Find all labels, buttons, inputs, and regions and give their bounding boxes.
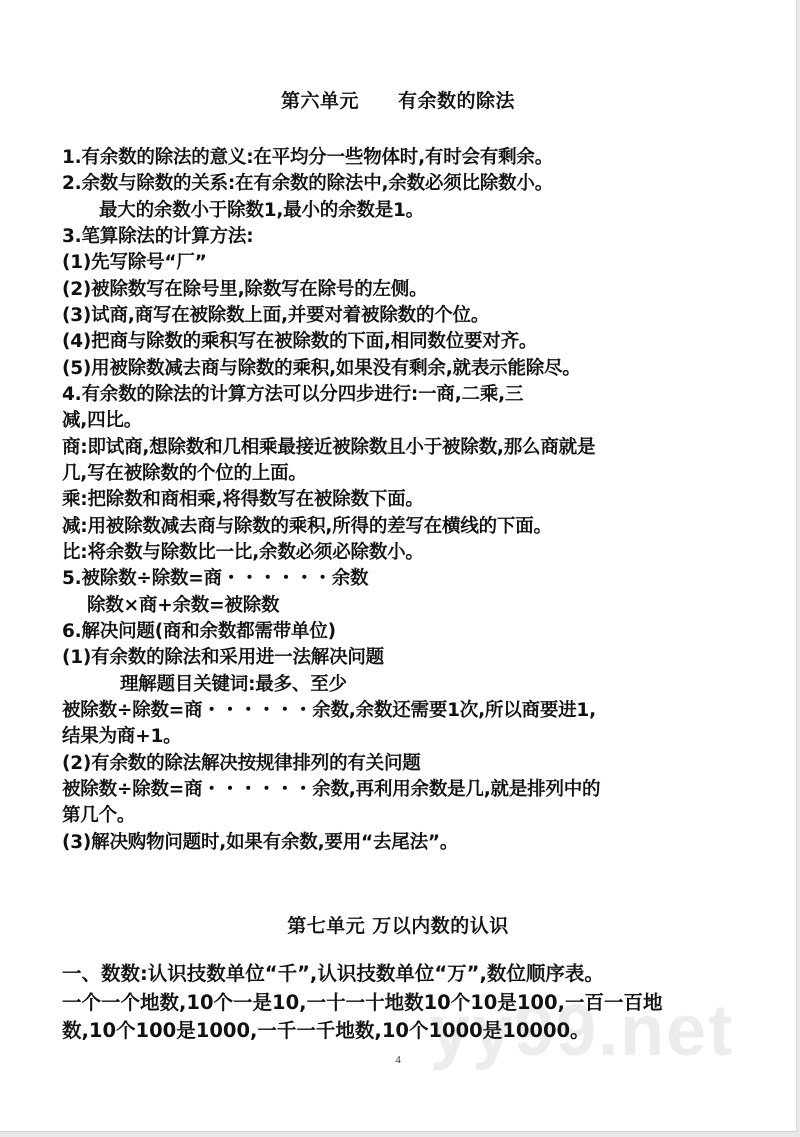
document-page: yy99.net 第六单元 有余数的除法 1.有余数的除法的意义:在平均分一些物…	[0, 0, 797, 1132]
text-line: 数,10个100是1000,一千一千地数,10个1000是10000。	[62, 1019, 590, 1043]
text-line: (1)先写除号“厂”	[62, 251, 207, 275]
text-line: 一个一个地数,10个一是10,一十一十地数10个10是100,一百一百地	[62, 991, 662, 1015]
text-line: 商:即试商,想除数和几相乘最接近被除数且小于被除数,那么商就是	[62, 436, 595, 460]
text-line: 1.有余数的除法的意义:在平均分一些物体时,有时会有剩余。	[62, 146, 553, 170]
text-line: 减:用被除数减去商与除数的乘积,所得的差写在横线的下面。	[62, 515, 552, 539]
text-line: 除数×商+余数=被除数	[87, 594, 279, 618]
text-line: 最大的余数小于除数1,最小的余数是1。	[99, 199, 424, 223]
text-line: 一、数数:认识技数单位“千”,认识技数单位“万”,数位顺序表。	[62, 962, 604, 986]
text-line: 第几个。	[62, 804, 135, 828]
text-line: (3)试商,商写在被除数上面,并要对着被除数的个位。	[62, 304, 489, 328]
text-line: 4.有余数的除法的计算方法可以分四步进行:一商,二乘,三	[62, 383, 523, 407]
text-line: (4)把商与除数的乘积写在被除数的下面,相同数位要对齐。	[62, 330, 537, 354]
text-line: 被除数÷除数=商・・・・・・余数,余数还需要1次,所以商要进1,	[62, 699, 596, 723]
section-heading-unit-7: 第七单元 万以内数的认识	[0, 914, 796, 938]
text-line: 理解题目关键词:最多、至少	[120, 673, 347, 697]
text-line: 结果为商+1。	[62, 725, 181, 749]
text-line: (2)被除数写在除号里,除数写在除号的左侧。	[62, 278, 427, 302]
text-line: 被除数÷除数=商・・・・・・余数,再利用余数是几,就是排列中的	[62, 778, 600, 802]
text-line: 5.被除数÷除数=商・・・・・・余数	[62, 567, 368, 591]
text-line: (2)有余数的除法解决按规律排列的有关问题	[62, 752, 421, 776]
text-line: (5)用被除数减去商与除数的乘积,如果没有剩余,就表示能除尽。	[62, 357, 581, 381]
text-line: 乘:把除数和商相乘,将得数写在被除数下面。	[62, 488, 424, 512]
text-line: 6.解决问题(商和余数都需带单位)	[62, 620, 336, 644]
text-line: (3)解决购物问题时,如果有余数,要用“去尾法”。	[62, 831, 458, 855]
text-line: 比:将余数与除数比一比,余数必须必除数小。	[62, 541, 424, 565]
text-line: 减,四比。	[62, 409, 142, 433]
text-line: 几,写在被除数的个位的上面。	[62, 462, 307, 486]
text-line: 3.笔算除法的计算方法:	[62, 225, 253, 249]
section-heading-unit-6: 第六单元 有余数的除法	[0, 89, 796, 113]
page-number: 4	[0, 1054, 796, 1066]
text-line: 2.余数与除数的关系:在有余数的除法中,余数必须比除数小。	[62, 172, 553, 196]
text-line: (1)有余数的除法和采用进一法解决问题	[62, 646, 384, 670]
